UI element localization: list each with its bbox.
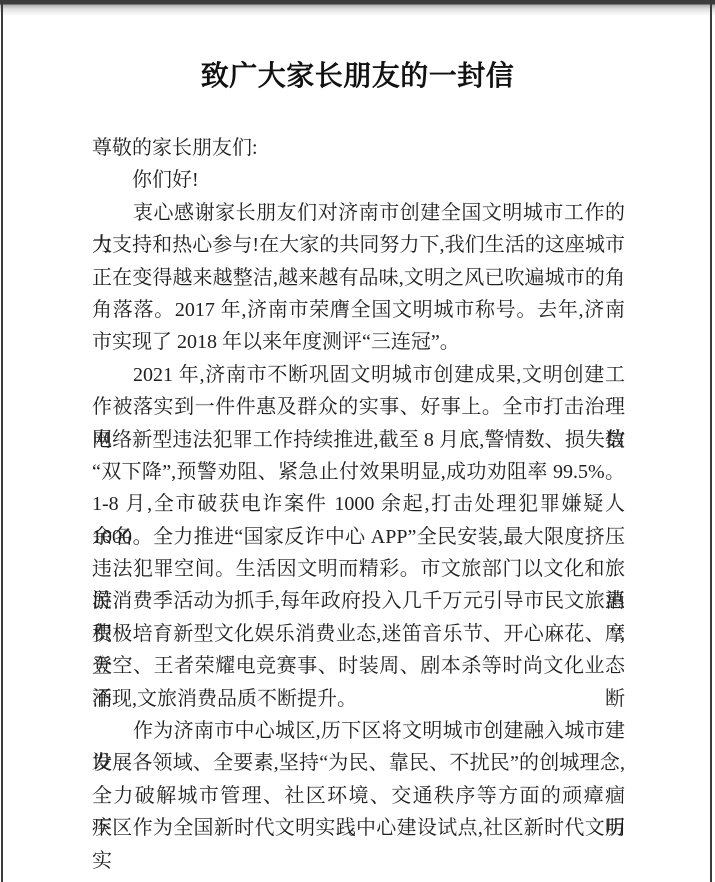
text-line: 作为济南市中心城区,历下区将文明城市创建融入城市建设 <box>92 715 625 747</box>
window-top-shadow <box>0 0 715 16</box>
text-line: 角落落。2017 年,济南市荣膺全国文明城市称号。去年,济南 <box>92 294 625 326</box>
text-line: 你们好! <box>92 164 625 196</box>
text-line: 天空、王者荣耀电竞赛事、时装周、剧本杀等时尚文化业态不断 <box>92 650 625 682</box>
text-line: 民消费季活动为抓手,每年政府投入几千万元引导市民文旅消费, <box>92 585 625 617</box>
text-line: 衷心感谢家长朋友们对济南市创建全国文明城市工作的大 <box>92 197 625 229</box>
page-right-border <box>710 3 712 882</box>
letter-body: 尊敬的家长朋友们:你们好!衷心感谢家长朋友们对济南市创建全国文明城市工作的大力支… <box>92 132 625 845</box>
text-line: 1-8 月,全市破获电诈案件 1000 余起,打击处理犯罪嫌疑人 1000 <box>92 488 625 520</box>
letter-title: 致广大家长朋友的一封信 <box>0 58 715 96</box>
text-line: 余名。全力推进“国家反诈中心 APP”全民安装,最大限度挤压 <box>92 521 625 553</box>
text-line: 积极培育新型文化娱乐消费业态,迷笛音乐节、开心麻花、摩登 <box>92 618 625 650</box>
text-line: “双下降”,预警劝阻、紧急止付效果明显,成功劝阻率 99.5%。 <box>92 456 625 488</box>
text-line: 作被落实到一件件惠及群众的实事、好事上。全市打击治理电信 <box>92 391 625 423</box>
text-line: 2021 年,济南市不断巩固文明城市创建成果,文明创建工 <box>92 359 625 391</box>
page-left-border <box>1 0 3 882</box>
text-line: 网络新型违法犯罪工作持续推进,截至 8 月底,警情数、损失数 <box>92 424 625 456</box>
text-line: 市实现了 2018 年以来年度测评“三连冠”。 <box>92 326 625 358</box>
text-line: 下区作为全国新时代文明实践中心建设试点,社区新时代文明实 <box>92 812 625 844</box>
text-line: 正在变得越来越整洁,越来越有品味,文明之风已吹遍城市的角 <box>92 262 625 294</box>
text-line: 全力破解城市管理、社区环境、交通秩序等方面的顽瘴痼疾。历 <box>92 780 625 812</box>
text-line: 力支持和热心参与!在大家的共同努力下,我们生活的这座城市 <box>92 229 625 261</box>
text-line: 尊敬的家长朋友们: <box>92 132 625 164</box>
text-line: 发展各领域、全要素,坚持“为民、靠民、不扰民”的创城理念, <box>92 747 625 779</box>
text-line: 违法犯罪空间。生活因文明而精彩。市文旅部门以文化和旅游惠 <box>92 553 625 585</box>
